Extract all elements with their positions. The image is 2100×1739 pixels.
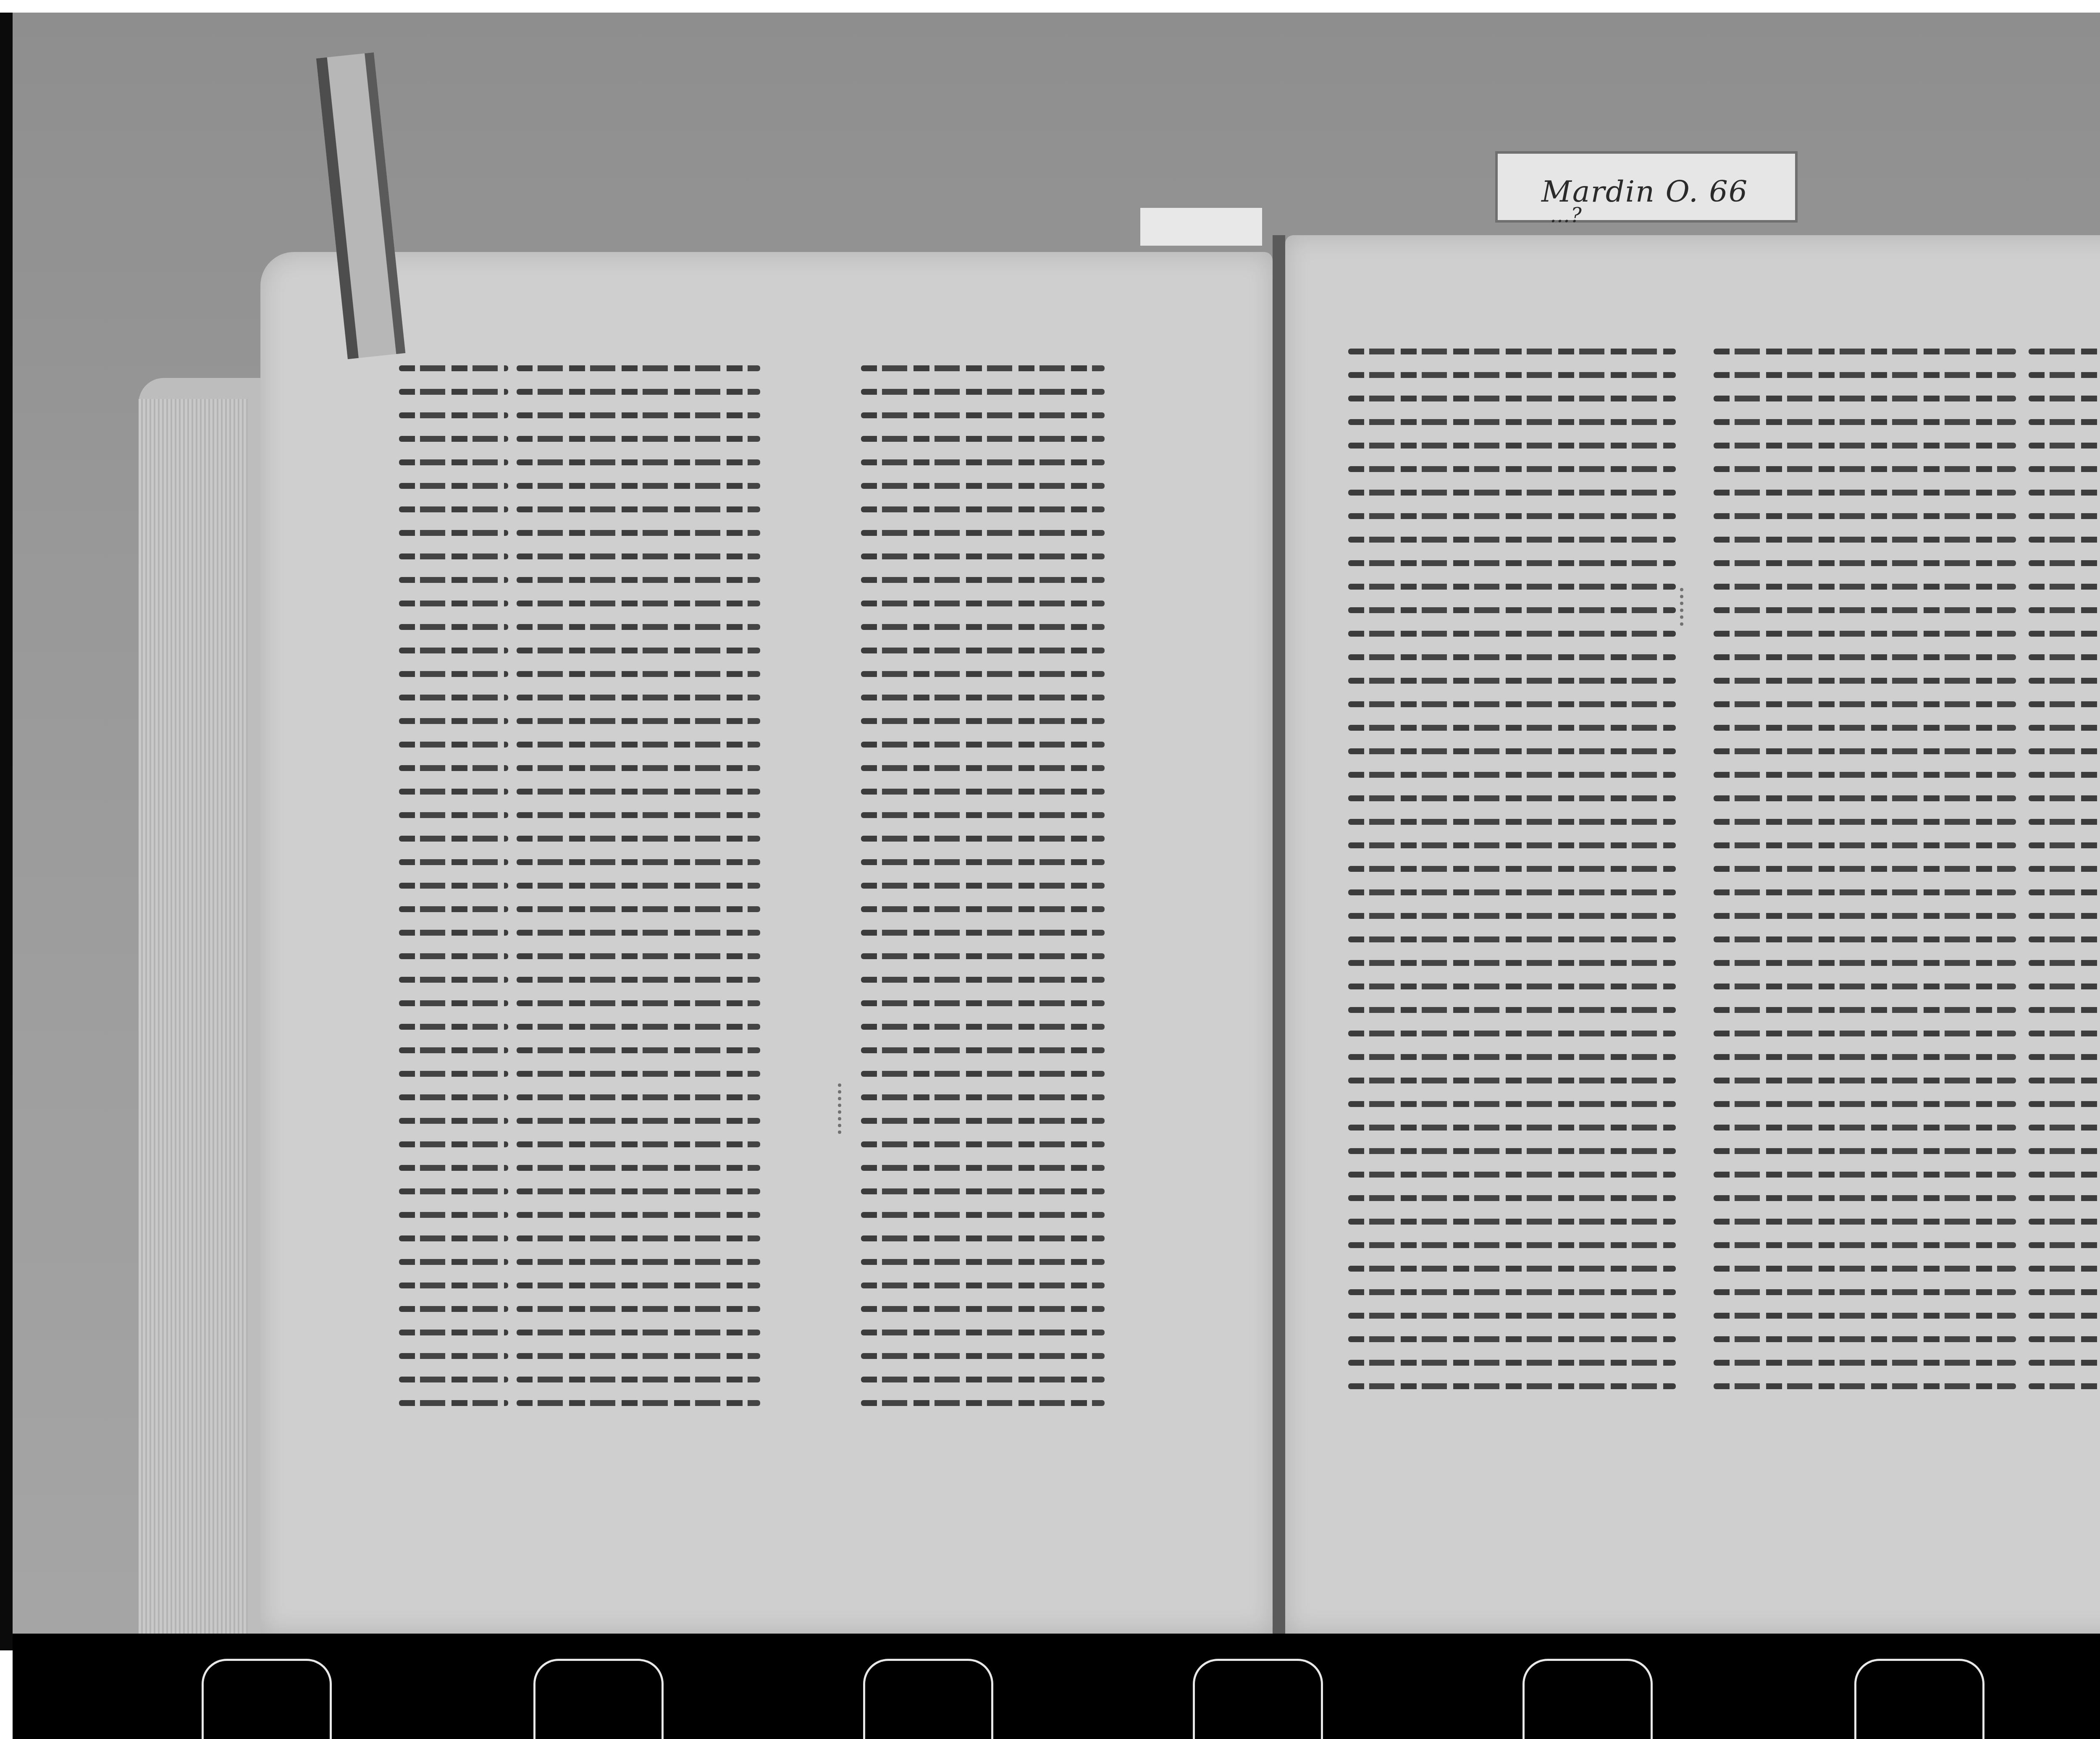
right-page-column-2 bbox=[1714, 349, 2016, 1407]
shelfmark-subtext: …? bbox=[1550, 204, 1583, 227]
book-fore-edge bbox=[139, 399, 248, 1634]
film-left-edge bbox=[0, 13, 13, 1650]
left-page-column-1 bbox=[399, 365, 508, 1424]
shelfmark-label: Mardin O. 66 …? bbox=[1495, 151, 1798, 223]
sprocket-hole bbox=[1854, 1659, 1984, 1739]
left-page-column-3 bbox=[861, 365, 1105, 1424]
marginal-note bbox=[838, 1083, 866, 1134]
sprocket-hole bbox=[863, 1659, 993, 1739]
sprocket-hole bbox=[533, 1659, 664, 1739]
sprocket-hole bbox=[1193, 1659, 1323, 1739]
sprocket-hole bbox=[1522, 1659, 1653, 1739]
book-gutter bbox=[1273, 235, 1285, 1634]
sprocket-hole bbox=[202, 1659, 332, 1739]
marginal-note bbox=[1680, 588, 1709, 626]
right-page-column-3 bbox=[2029, 349, 2100, 1407]
blank-paper-tab bbox=[1140, 208, 1262, 246]
right-page-column-1 bbox=[1348, 349, 1676, 1407]
left-page-column-2 bbox=[517, 365, 760, 1424]
